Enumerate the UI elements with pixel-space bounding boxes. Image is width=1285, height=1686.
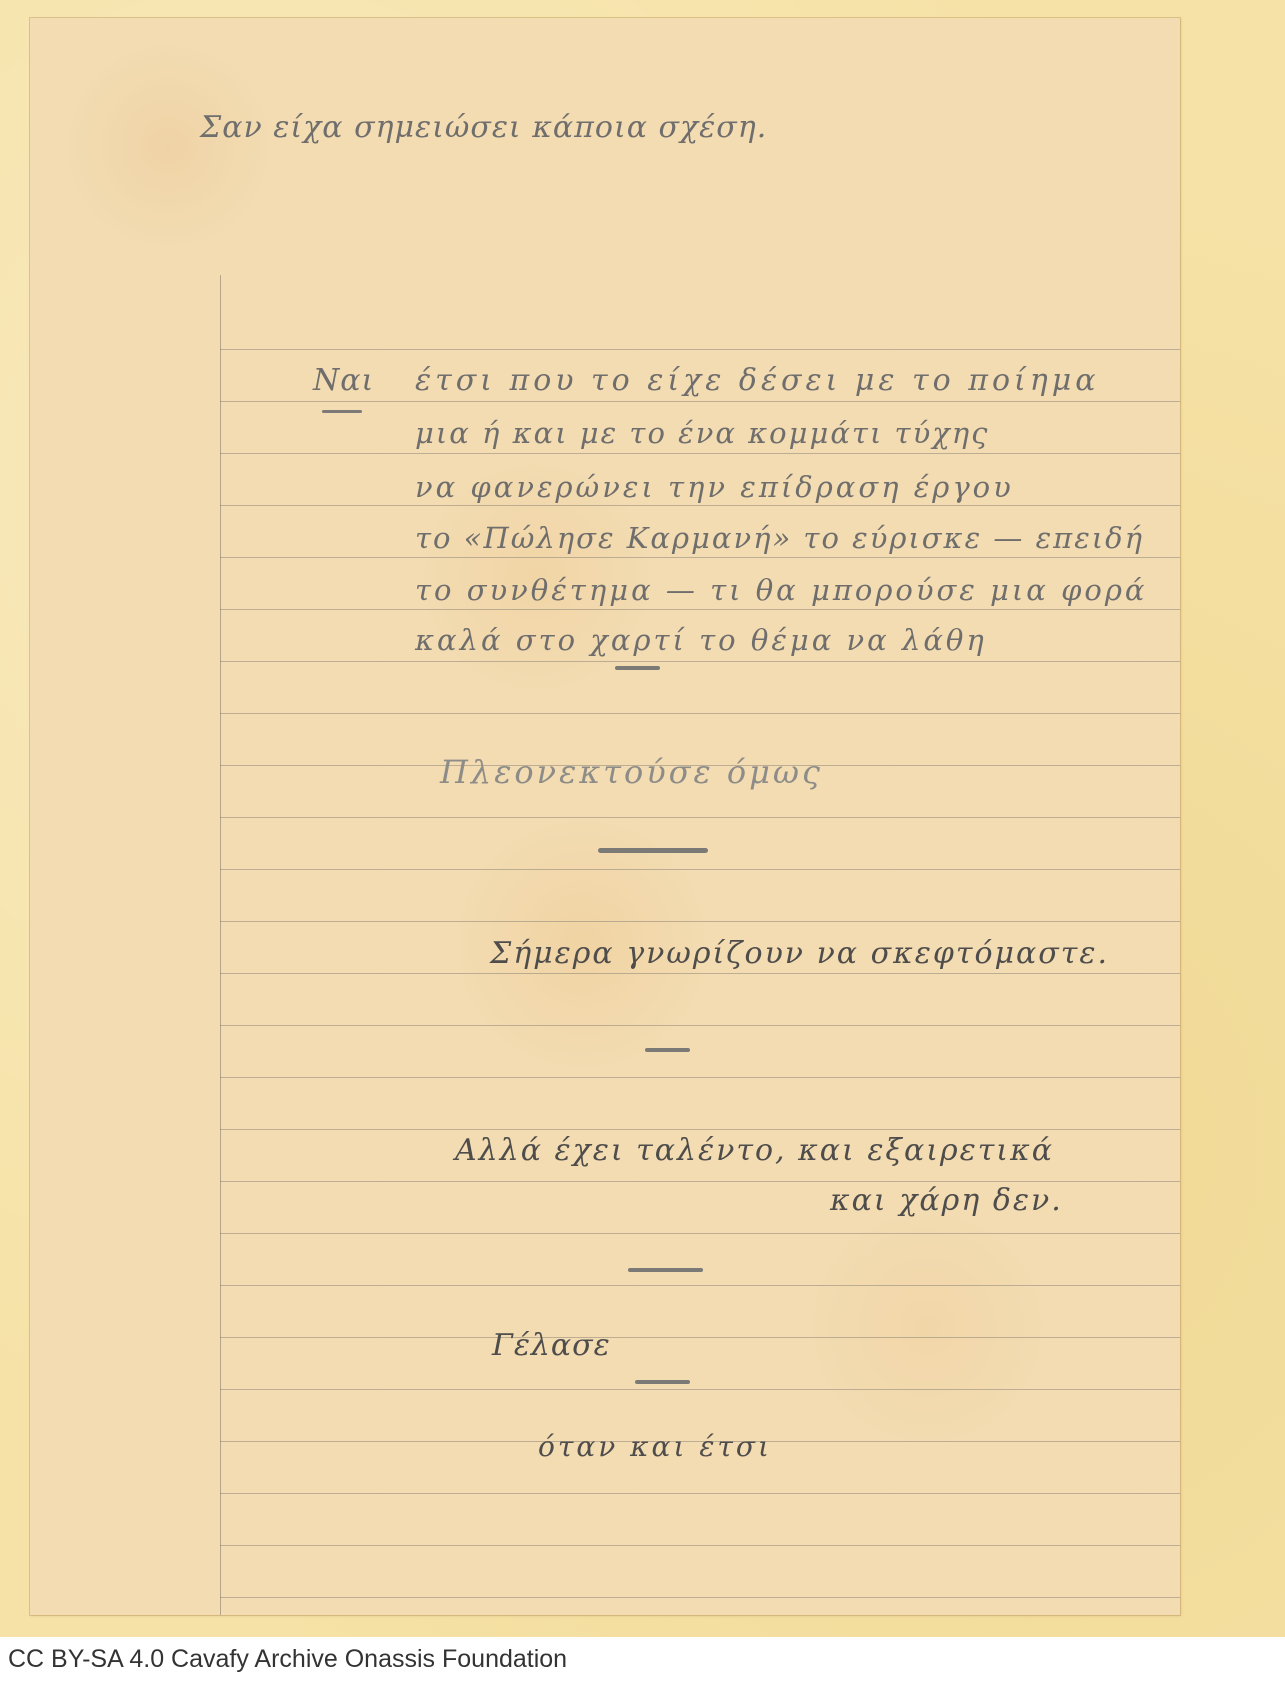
separator-1 <box>615 666 660 670</box>
stanza-line-3: να φανερώνει την επίδραση έργου <box>415 470 1014 504</box>
stanza-line-1: έτσι που το είχε δέσει με το ποίημα <box>415 363 1100 398</box>
separator-4 <box>628 1268 703 1272</box>
line-otan: όταν και έτσι <box>538 1430 772 1463</box>
stanza-line-5: το συνθέτημα — τι θα μπορούσε μια φορά <box>415 573 1147 607</box>
line-pleonektouse: Πλεονεκτούσε όμως <box>440 753 823 791</box>
separator-2 <box>598 848 708 853</box>
stanza-line-6: καλά στο χαρτί το θέμα να λάθη <box>415 623 987 657</box>
line-gelase: Γέλασε <box>492 1328 611 1363</box>
line-alla: Αλλά έχει ταλέντο, και εξαιρετικά <box>455 1133 1054 1168</box>
separator-5 <box>635 1380 690 1384</box>
manuscript-heading: Σαν είχα σημειώσει κάποια σχέση. <box>200 110 767 145</box>
underline-mark <box>322 410 362 413</box>
line-simera: Σήμερα γνωρίζουν να σκεφτόμαστε. <box>490 936 1109 971</box>
stanza-line-4: το «Πώλησε Καρμανή» το εύρισκε — επειδή <box>415 521 1144 555</box>
scan-background: Σαν είχα σημειώσει κάποια σχέση. Ναι έτσ… <box>0 0 1285 1637</box>
manuscript-page: Σαν είχα σημειώσει κάποια σχέση. Ναι έτσ… <box>30 18 1180 1615</box>
license-caption: CC BY-SA 4.0 Cavafy Archive Onassis Foun… <box>8 1645 567 1674</box>
margin-word: Ναι <box>313 363 374 398</box>
separator-3 <box>645 1048 690 1052</box>
line-alla-continuation: και χάρη δεν. <box>830 1183 1063 1218</box>
stanza-line-2: μια ή και με το ένα κομμάτι τύχης <box>415 416 989 450</box>
